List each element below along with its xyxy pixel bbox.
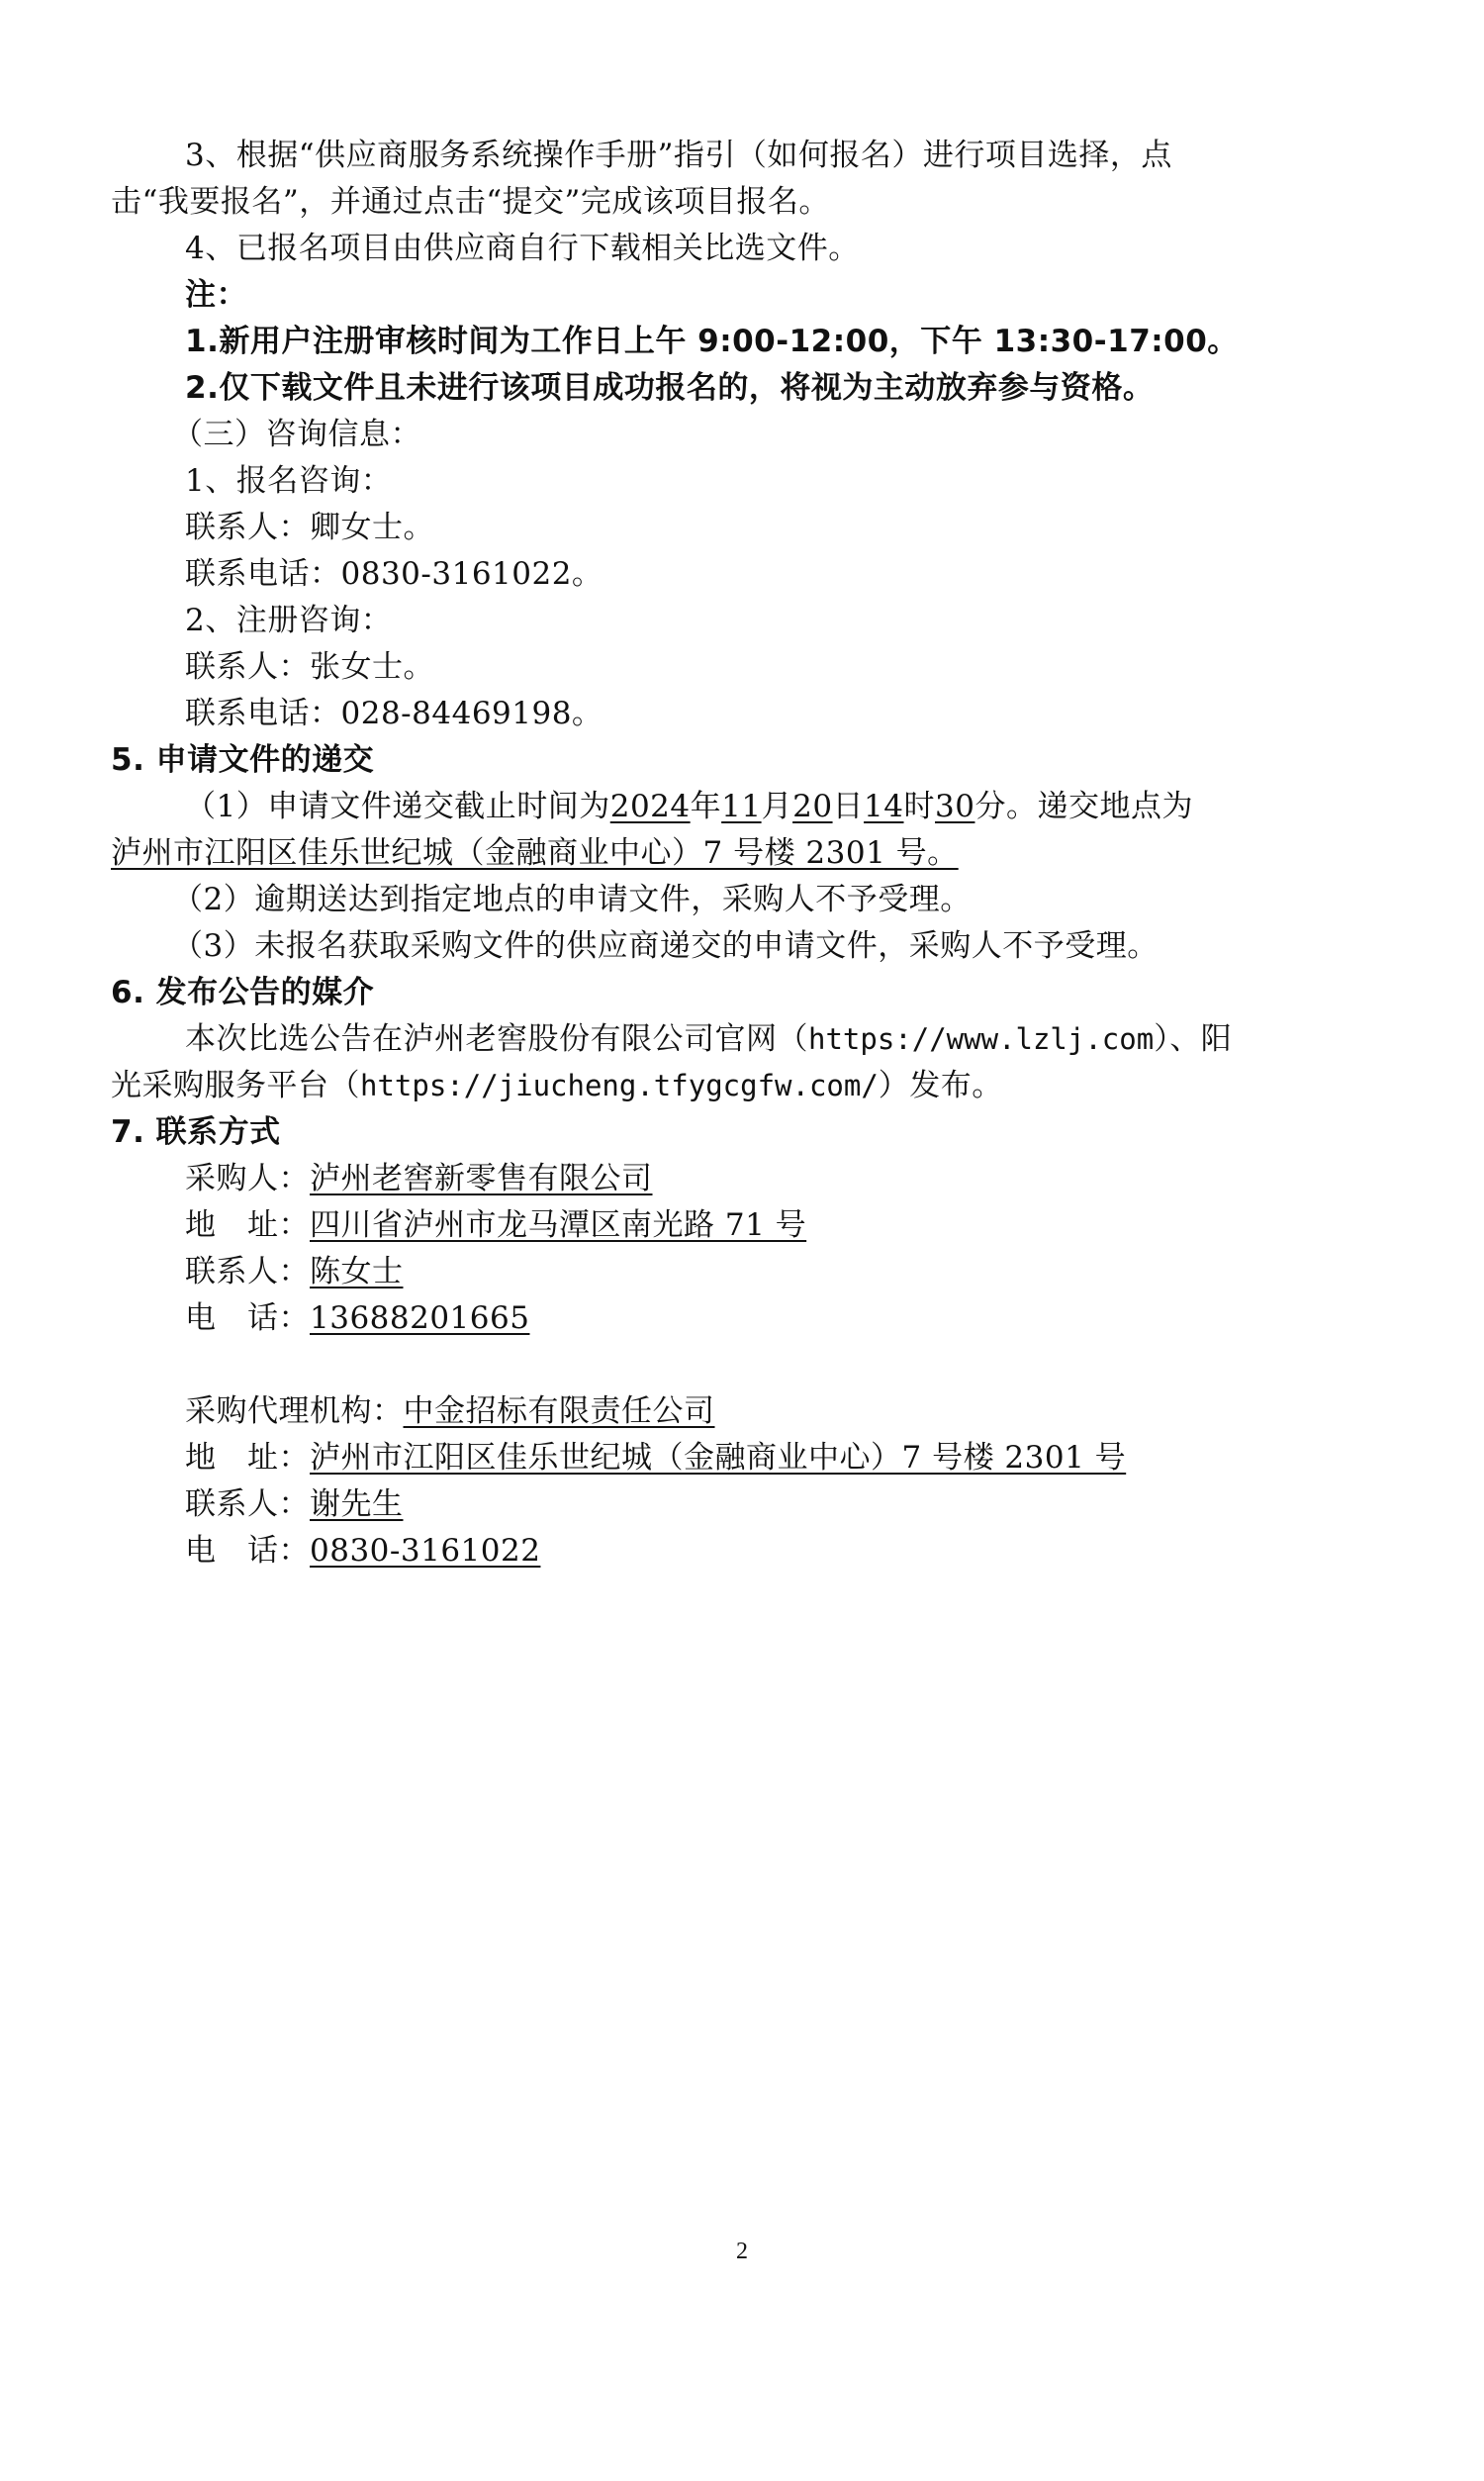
section-6-line-1: 本次比选公告在泸州老窖股份有限公司官网（https://www.lzlj.com… bbox=[111, 1016, 1377, 1063]
agency-phone: 0830-3161022 bbox=[310, 1533, 540, 1569]
year-unit: 年 bbox=[691, 789, 722, 824]
agency-label: 采购代理机构： bbox=[185, 1393, 404, 1429]
purchaser-name: 泸州老窖新零售有限公司 bbox=[310, 1161, 653, 1196]
minute-unit: 分。递交地点为 bbox=[974, 789, 1193, 824]
deadline-year: 2024 bbox=[610, 789, 691, 824]
registration-inquiry-phone: 联系电话：0830-3161022。 bbox=[111, 551, 1377, 598]
agency-phone-row: 电 话：0830-3161022 bbox=[111, 1528, 1377, 1574]
section-5-item-3: （3）未报名获取采购文件的供应商递交的申请文件，采购人不予受理。 bbox=[111, 923, 1377, 970]
deadline-day: 20 bbox=[792, 789, 832, 824]
section-6-heading: 6. 发布公告的媒介 bbox=[111, 970, 1377, 1016]
deadline-month: 11 bbox=[721, 789, 761, 824]
media-text-prefix: 本次比选公告在泸州老窖股份有限公司官网（ bbox=[185, 1021, 808, 1057]
month-unit: 月 bbox=[762, 789, 793, 824]
day-unit: 日 bbox=[833, 789, 865, 824]
spacer bbox=[111, 1342, 1377, 1388]
note-2: 2.仅下载文件且未进行该项目成功报名的，将视为主动放弃参与资格。 bbox=[111, 365, 1377, 412]
submission-location: 泸州市江阳区佳乐世纪城（金融商业中心）7 号楼 2301 号。 bbox=[111, 835, 959, 871]
purchaser-phone: 13688201665 bbox=[310, 1300, 529, 1336]
section-5-item-2: （2）逾期送达到指定地点的申请文件，采购人不予受理。 bbox=[111, 877, 1377, 923]
deadline-prefix: （1）申请文件递交截止时间为 bbox=[185, 789, 610, 824]
section-5-item-1: （1）申请文件递交截止时间为2024年11月20日14时30分。递交地点为 bbox=[111, 784, 1377, 830]
page-number: 2 bbox=[0, 2239, 1484, 2265]
submission-location-line: 泸州市江阳区佳乐世纪城（金融商业中心）7 号楼 2301 号。 bbox=[111, 830, 1377, 877]
purchaser-address-row: 地 址：四川省泸州市龙马潭区南光路 71 号 bbox=[111, 1202, 1377, 1249]
phone-label: 电 话： bbox=[185, 1533, 310, 1569]
note-1: 1.新用户注册审核时间为工作日上午 9:00-12:00，下午 13:30-17… bbox=[111, 319, 1377, 365]
purchaser-phone-row: 电 话：13688201665 bbox=[111, 1295, 1377, 1342]
step-3-line-2: 击“我要报名”，并通过点击“提交”完成该项目报名。 bbox=[111, 179, 1377, 226]
address-label: 地 址： bbox=[185, 1440, 310, 1476]
signup-inquiry-phone: 联系电话：028-84469198。 bbox=[111, 691, 1377, 737]
platform-text-suffix: ）发布。 bbox=[879, 1068, 1003, 1103]
notes-title: 注： bbox=[111, 272, 1377, 319]
section-6-line-2: 光采购服务平台（https://jiucheng.tfygcgfw.com/）发… bbox=[111, 1063, 1377, 1109]
purchaser-address: 四川省泸州市龙马潭区南光路 71 号 bbox=[310, 1207, 806, 1243]
step-3-line-1: 3、根据“供应商服务系统操作手册”指引（如何报名）进行项目选择，点 bbox=[111, 133, 1377, 179]
purchaser-name-row: 采购人：泸州老窖新零售有限公司 bbox=[111, 1156, 1377, 1202]
document-page: 3、根据“供应商服务系统操作手册”指引（如何报名）进行项目选择，点 击“我要报名… bbox=[111, 133, 1377, 1574]
purchaser-contact-row: 联系人：陈女士 bbox=[111, 1249, 1377, 1295]
contact-label: 联系人： bbox=[185, 1254, 310, 1289]
purchaser-contact: 陈女士 bbox=[310, 1254, 404, 1289]
hour-unit: 时 bbox=[904, 789, 936, 824]
consultation-title: （三）咨询信息： bbox=[111, 412, 1377, 458]
signup-inquiry-contact: 联系人：张女士。 bbox=[111, 644, 1377, 691]
section-7-heading: 7. 联系方式 bbox=[111, 1109, 1377, 1156]
media-text-suffix: ）、阳 bbox=[1154, 1021, 1232, 1057]
signup-inquiry-title: 2、注册咨询： bbox=[111, 598, 1377, 644]
deadline-hour: 14 bbox=[864, 789, 903, 824]
contact-label: 联系人： bbox=[185, 1486, 310, 1522]
agency-contact-row: 联系人：谢先生 bbox=[111, 1481, 1377, 1528]
registration-inquiry-title: 1、报名咨询： bbox=[111, 458, 1377, 505]
phone-label: 电 话： bbox=[185, 1300, 310, 1336]
agency-address-row: 地 址：泸州市江阳区佳乐世纪城（金融商业中心）7 号楼 2301 号 bbox=[111, 1435, 1377, 1481]
agency-address: 泸州市江阳区佳乐世纪城（金融商业中心）7 号楼 2301 号 bbox=[310, 1440, 1126, 1476]
step-4: 4、已报名项目由供应商自行下载相关比选文件。 bbox=[111, 226, 1377, 272]
purchaser-label: 采购人： bbox=[185, 1161, 310, 1196]
agency-name-row: 采购代理机构：中金招标有限责任公司 bbox=[111, 1388, 1377, 1435]
registration-inquiry-contact: 联系人：卿女士。 bbox=[111, 505, 1377, 551]
official-website-link[interactable]: https://www.lzlj.com bbox=[808, 1022, 1154, 1056]
platform-text-prefix: 光采购服务平台（ bbox=[111, 1068, 360, 1103]
agency-name: 中金招标有限责任公司 bbox=[404, 1393, 715, 1429]
address-label: 地 址： bbox=[185, 1207, 310, 1243]
procurement-platform-link[interactable]: https://jiucheng.tfygcgfw.com/ bbox=[360, 1069, 879, 1102]
agency-contact: 谢先生 bbox=[310, 1486, 404, 1522]
section-5-heading: 5. 申请文件的递交 bbox=[111, 737, 1377, 784]
deadline-minute: 30 bbox=[935, 789, 974, 824]
